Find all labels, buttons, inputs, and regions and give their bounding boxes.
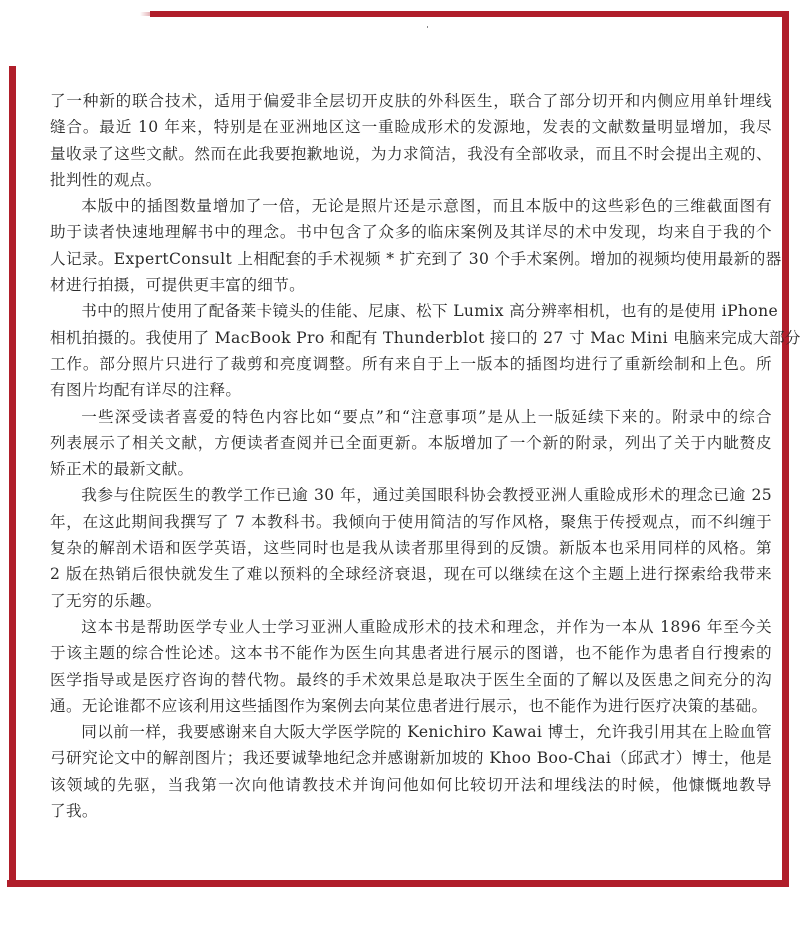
paragraph: 同以前一样，我要感谢来自大阪大学医学院的 Kenichiro Kawai 博士，… xyxy=(50,719,772,824)
text-line: 助于读者快速地理解书中的理念。书中包含了众多的临床案例及其详尽的术中发现，均来自… xyxy=(50,219,772,245)
text-line: 批判性的观点。 xyxy=(50,167,772,193)
text-line: 书中的照片使用了配备莱卡镜头的佳能、尼康、松下 Lumix 高分辨率相机，也有的… xyxy=(50,298,772,324)
document-page: 了一种新的联合技术，适用于偏爱非全层切开皮肤的外科医生，联合了部分切开和内侧应用… xyxy=(50,88,772,824)
text-line: 弓研究论文中的解剖图片；我还要诚挚地纪念并感谢新加坡的 Khoo Boo-Cha… xyxy=(50,745,772,771)
page-frame-right xyxy=(782,11,789,887)
scan-speck xyxy=(427,26,428,28)
page-frame-left xyxy=(9,66,16,887)
text-line: 一些深受读者喜爱的特色内容比如“要点”和“注意事项”是从上一版延续下来的。附录中… xyxy=(50,404,772,430)
page-frame-top xyxy=(150,11,789,17)
text-line: 这本书是帮助医学专业人士学习亚洲人重睑成形术的技术和理念，并作为一本从 1896… xyxy=(50,614,772,640)
text-line: 量收录了这些文献。然而在此我要抱歉地说，为力求简洁，我没有全部收录，而且不时会提… xyxy=(50,141,772,167)
paragraph: 这本书是帮助医学专业人士学习亚洲人重睑成形术的技术和理念，并作为一本从 1896… xyxy=(50,614,772,719)
text-line: 同以前一样，我要感谢来自大阪大学医学院的 Kenichiro Kawai 博士，… xyxy=(50,719,772,745)
text-line: 年，在这此期间我撰写了 7 本教科书。我倾向于使用简洁的写作风格，聚焦于传授观点… xyxy=(50,509,772,535)
text-line: 通。无论谁都不应该利用这些插图作为案例去向某位患者进行展示，也不能作为进行医疗决… xyxy=(50,693,772,719)
text-line: 医学指导或是医疗咨询的替代物。最终的手术效果总是取决于医生全面的了解以及医患之间… xyxy=(50,667,772,693)
text-line: 工作。部分照片只进行了裁剪和亮度调整。所有来自于上一版本的插图均进行了重新绘制和… xyxy=(50,351,772,377)
paragraph: 我参与住院医生的教学工作已逾 30 年，通过美国眼科协会教授亚洲人重睑成形术的理… xyxy=(50,482,772,613)
text-line: 有图片均配有详尽的注释。 xyxy=(50,377,772,403)
text-line: 我参与住院医生的教学工作已逾 30 年，通过美国眼科协会教授亚洲人重睑成形术的理… xyxy=(50,482,772,508)
text-line: 该领域的先驱，当我第一次向他请教技术并询问他如何比较切开法和埋线法的时候，他慷慨… xyxy=(50,772,772,798)
paragraph: 一些深受读者喜爱的特色内容比如“要点”和“注意事项”是从上一版延续下来的。附录中… xyxy=(50,404,772,483)
text-line: 缝合。最近 10 年来，特别是在亚洲地区这一重睑成形术的发源地，发表的文献数量明… xyxy=(50,114,772,140)
text-line: 列表展示了相关文献，方便读者查阅并已全面更新。本版增加了一个新的附录，列出了关于… xyxy=(50,430,772,456)
text-line: 了一种新的联合技术，适用于偏爱非全层切开皮肤的外科医生，联合了部分切开和内侧应用… xyxy=(50,88,772,114)
paragraph: 了一种新的联合技术，适用于偏爱非全层切开皮肤的外科医生，联合了部分切开和内侧应用… xyxy=(50,88,772,193)
page-frame-bottom xyxy=(7,880,789,887)
text-line: 2 版在热销后很快就发生了难以预料的全球经济衰退，现在可以继续在这个主题上进行探… xyxy=(50,561,772,587)
text-line: 了无穷的乐趣。 xyxy=(50,588,772,614)
text-line: 于该主题的综合性论述。这本书不能作为医生向其患者进行展示的图谱，也不能作为患者自… xyxy=(50,640,772,666)
text-line: 复杂的解剖术语和医学英语，这些同时也是我从读者那里得到的反馈。新版本也采用同样的… xyxy=(50,535,772,561)
text-line: 材进行拍摄，可提供更丰富的细节。 xyxy=(50,272,772,298)
text-line: 了我。 xyxy=(50,798,772,824)
text-line: 人记录。ExpertConsult 上相配套的手术视频 * 扩充到了 30 个手… xyxy=(50,246,772,272)
paragraph: 书中的照片使用了配备莱卡镜头的佳能、尼康、松下 Lumix 高分辨率相机，也有的… xyxy=(50,298,772,403)
text-line: 相机拍摄的。我使用了 MacBook Pro 和配有 Thunderblot 接… xyxy=(50,325,772,351)
text-line: 本版中的插图数量增加了一倍，无论是照片还是示意图，而且本版中的这些彩色的三维截面… xyxy=(50,193,772,219)
paragraph: 本版中的插图数量增加了一倍，无论是照片还是示意图，而且本版中的这些彩色的三维截面… xyxy=(50,193,772,298)
text-line: 矫正术的最新文献。 xyxy=(50,456,772,482)
